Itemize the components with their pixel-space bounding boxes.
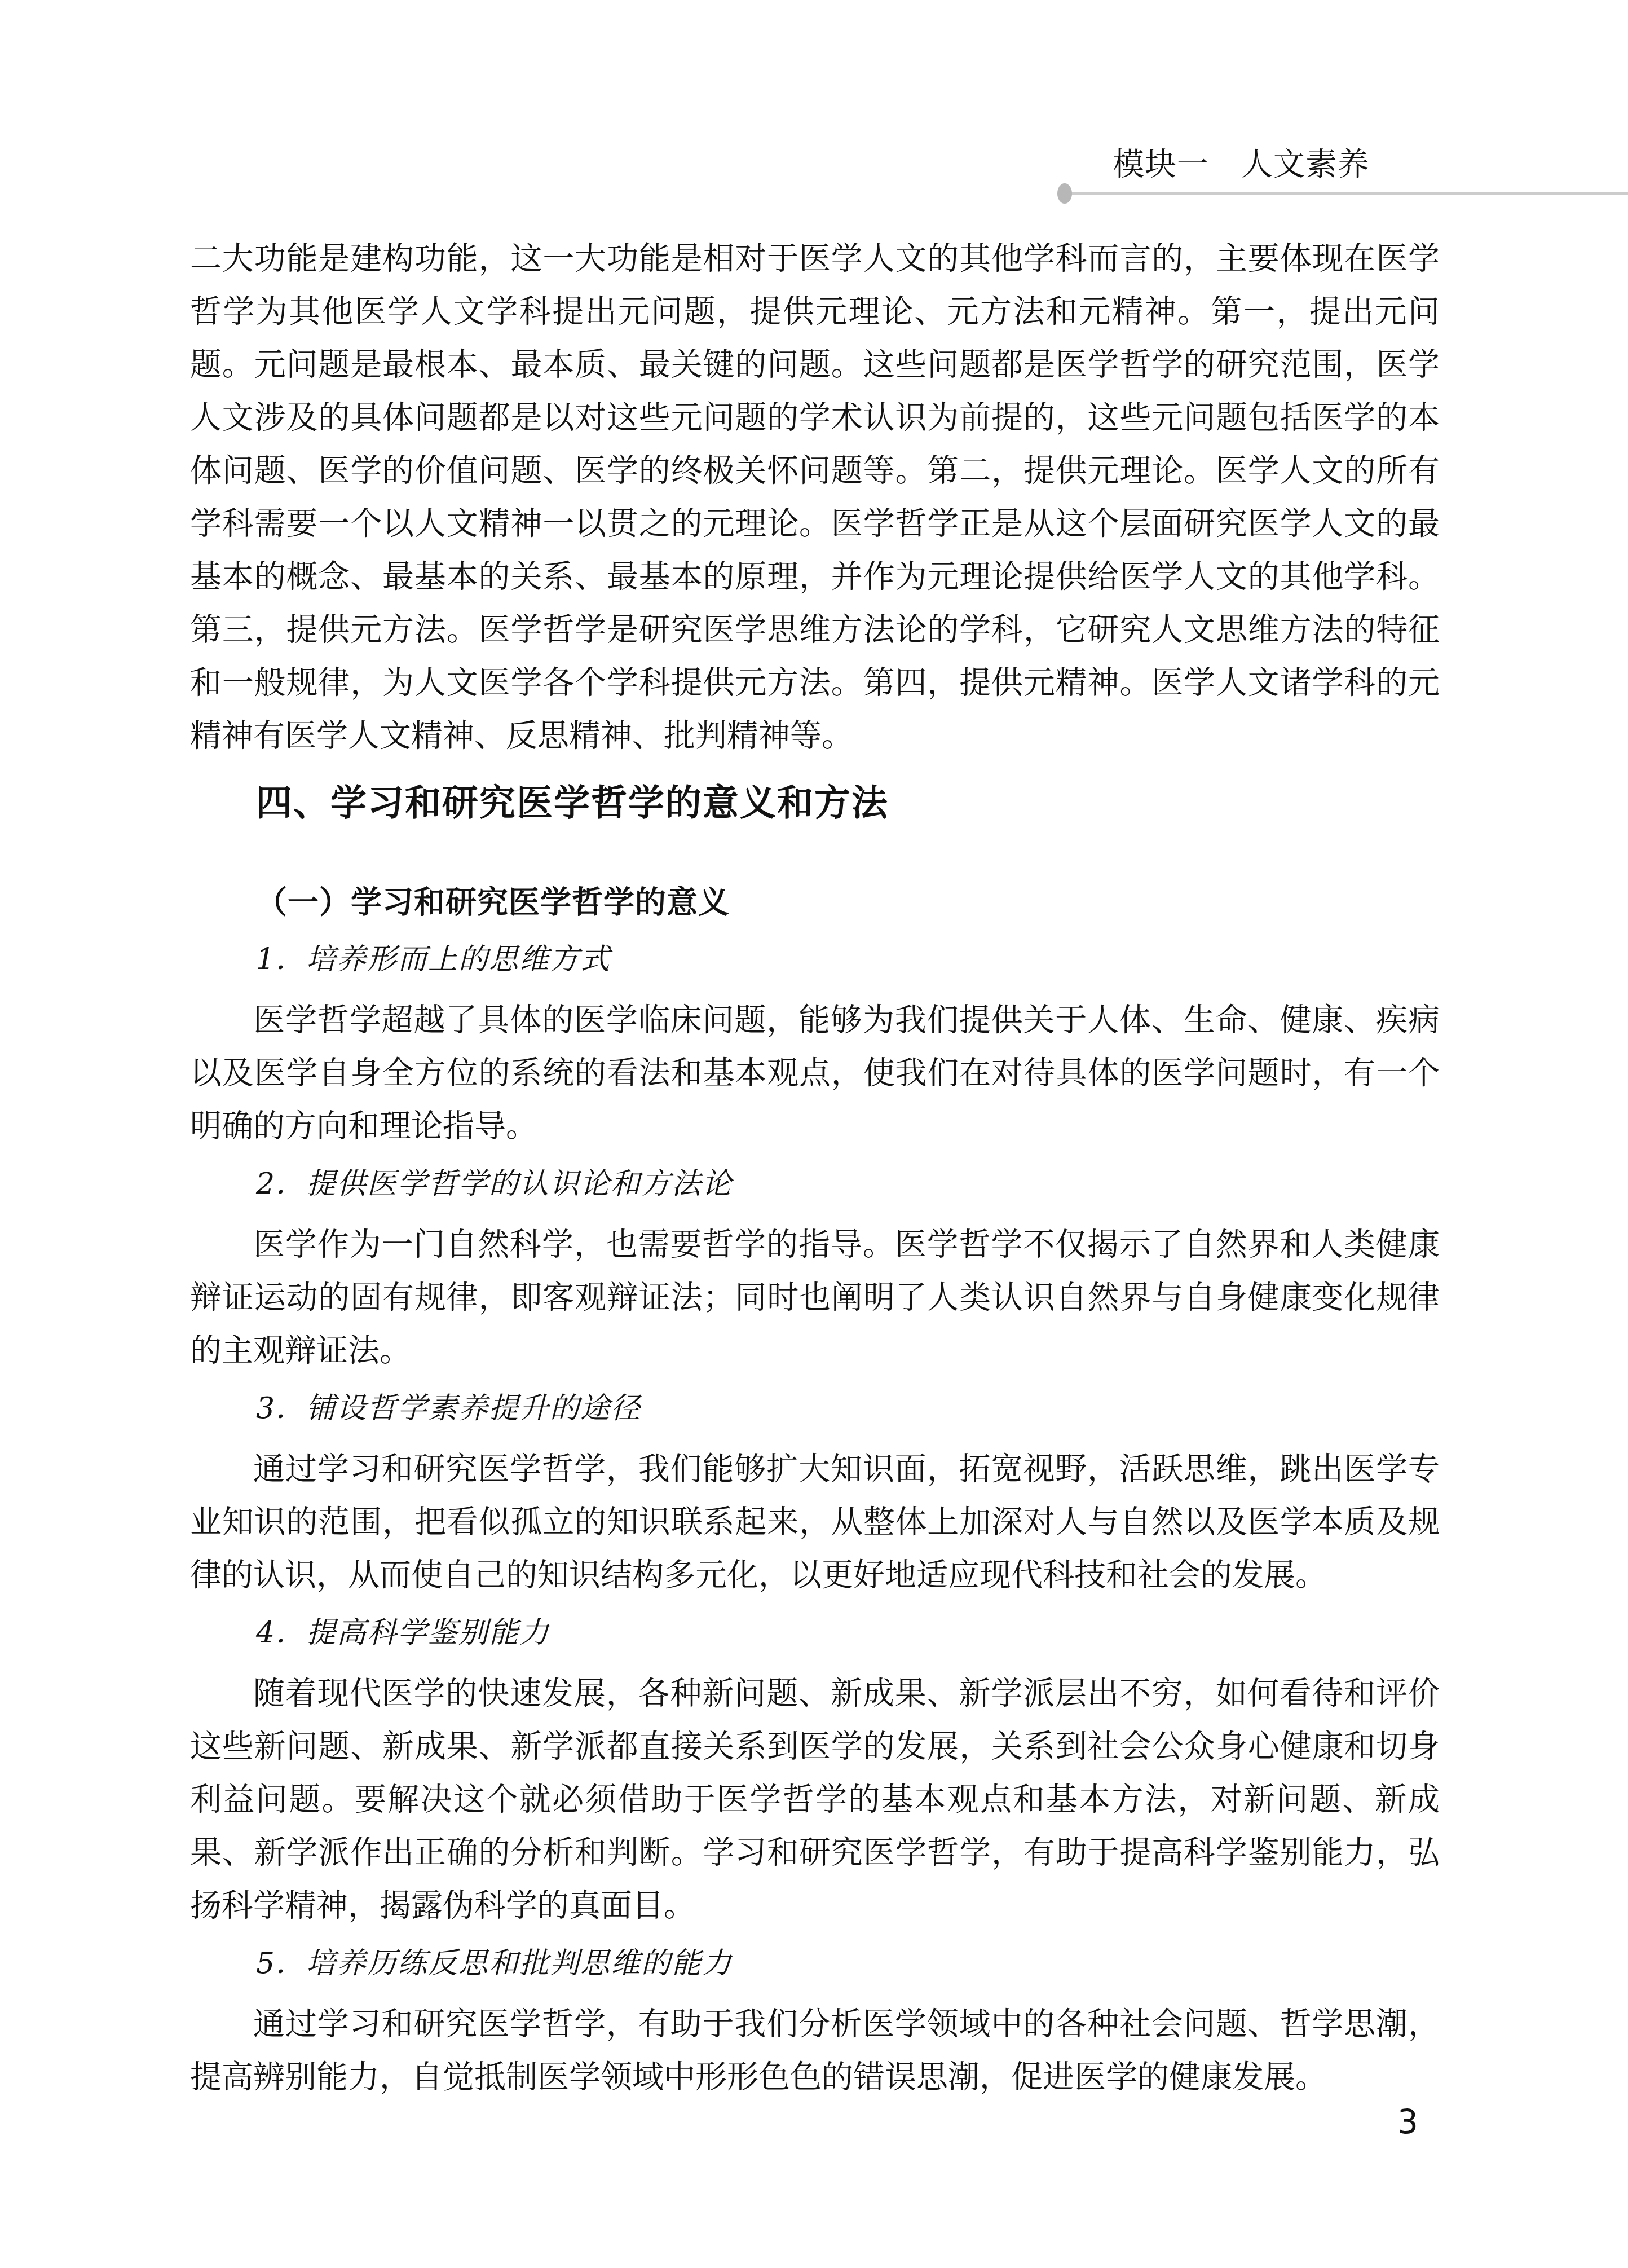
item-title-1: 1．培养形而上的思维方式 (190, 933, 1440, 986)
item-body-4: 随着现代医学的快速发展，各种新问题、新成果、新学派层出不穷，如何看待和评价这些新… (190, 1667, 1440, 1932)
section-heading: 四、学习和研究医学哲学的意义和方法 (190, 775, 1440, 831)
item-body-1: 医学哲学超越了具体的医学临床问题，能够为我们提供关于人体、生命、健康、疾病以及医… (190, 994, 1440, 1153)
running-head-title: 模块一 人文素养 (1113, 146, 1370, 183)
header-divider (1065, 192, 1628, 195)
page-number: 3 (1397, 2105, 1418, 2139)
subsection-heading: （一）学习和研究医学哲学的意义 (190, 875, 1440, 928)
item-body-5: 通过学习和研究医学哲学，有助于我们分析医学领域中的各种社会问题、哲学思潮，提高辨… (190, 1998, 1440, 2104)
item-title-4: 4．提高科学鉴别能力 (190, 1606, 1440, 1659)
item-title-5: 5．培养历练反思和批判思维的能力 (190, 1937, 1440, 1990)
item-title-2: 2．提供医学哲学的认识论和方法论 (190, 1157, 1440, 1210)
header-divider-dot (1057, 183, 1072, 204)
item-title-3: 3．铺设哲学素养提升的途径 (190, 1382, 1440, 1435)
item-body-2: 医学作为一门自然科学，也需要哲学的指导。医学哲学不仅揭示了自然界和人类健康辩证运… (190, 1218, 1440, 1377)
page-content: 二大功能是建构功能，这一大功能是相对于医学人文的其他学科而言的，主要体现在医学哲… (190, 232, 1440, 2104)
book-page: 模块一 人文素养 二大功能是建构功能，这一大功能是相对于医学人文的其他学科而言的… (0, 0, 1628, 2268)
running-head: 模块一 人文素养 (1113, 142, 1440, 187)
item-body-3: 通过学习和研究医学哲学，我们能够扩大知识面，拓宽视野，活跃思维，跳出医学专业知识… (190, 1443, 1440, 1602)
intro-paragraph: 二大功能是建构功能，这一大功能是相对于医学人文的其他学科而言的，主要体现在医学哲… (190, 232, 1440, 763)
